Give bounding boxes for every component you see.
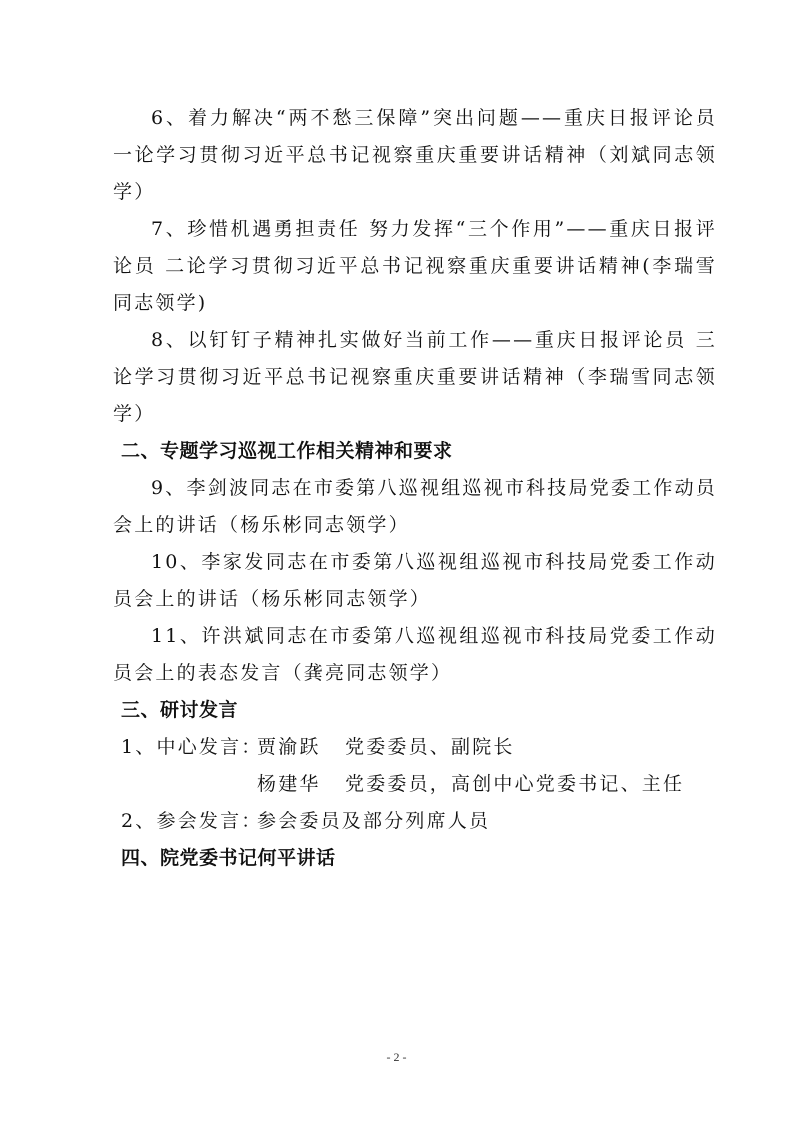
section-heading-4: 四、院党委书记何平讲话: [113, 840, 717, 877]
participant-speech-text: 参会委员及部分列席人员: [257, 810, 490, 832]
central-speech-label: 1、中心发言：: [121, 729, 257, 766]
list-item-7: 7、珍惜机遇勇担责任 努力发挥“三个作用”——重庆日报评论员 二论学习贯彻习近平…: [113, 211, 717, 322]
list-item-10: 10、李家发同志在市委第八巡视组巡视市科技局党委工作动员会上的讲话（杨乐彬同志领…: [113, 544, 717, 618]
list-item-6: 6、着力解决“两不愁三保障”突出问题——重庆日报评论员 一论学习贯彻习近平总书记…: [113, 100, 717, 211]
speaker-title: 党委委员，高创中心党委书记、主任: [345, 773, 684, 795]
page-number: - 2 -: [0, 1050, 793, 1065]
section-heading-3: 三、研讨发言: [113, 692, 717, 729]
list-item-11: 11、许洪斌同志在市委第八巡视组巡视市科技局党委工作动员会上的表态发言（龚亮同志…: [113, 618, 717, 692]
section-heading-2: 二、专题学习巡视工作相关精神和要求: [113, 433, 717, 470]
participant-speech-row: 2、参会发言：参会委员及部分列席人员: [113, 803, 717, 840]
speaker-title: 党委委员、副院长: [345, 736, 515, 758]
document-page: 6、着力解决“两不愁三保障”突出问题——重庆日报评论员 一论学习贯彻习近平总书记…: [0, 0, 793, 1122]
speaker-name: 贾渝跃: [257, 729, 345, 766]
document-body: 6、着力解决“两不愁三保障”突出问题——重庆日报评论员 一论学习贯彻习近平总书记…: [113, 100, 717, 877]
central-speech-row-2: 杨建华党委委员，高创中心党委书记、主任: [113, 766, 717, 803]
list-item-8: 8、以钉钉子精神扎实做好当前工作——重庆日报评论员 三论学习贯彻习近平总书记视察…: [113, 322, 717, 433]
participant-speech-label: 2、参会发言：: [121, 803, 257, 840]
central-speech-row-1: 1、中心发言：贾渝跃党委委员、副院长: [113, 729, 717, 766]
speaker-name: 杨建华: [257, 766, 345, 803]
list-item-9: 9、李剑波同志在市委第八巡视组巡视市科技局党委工作动员会上的讲话（杨乐彬同志领学…: [113, 470, 717, 544]
